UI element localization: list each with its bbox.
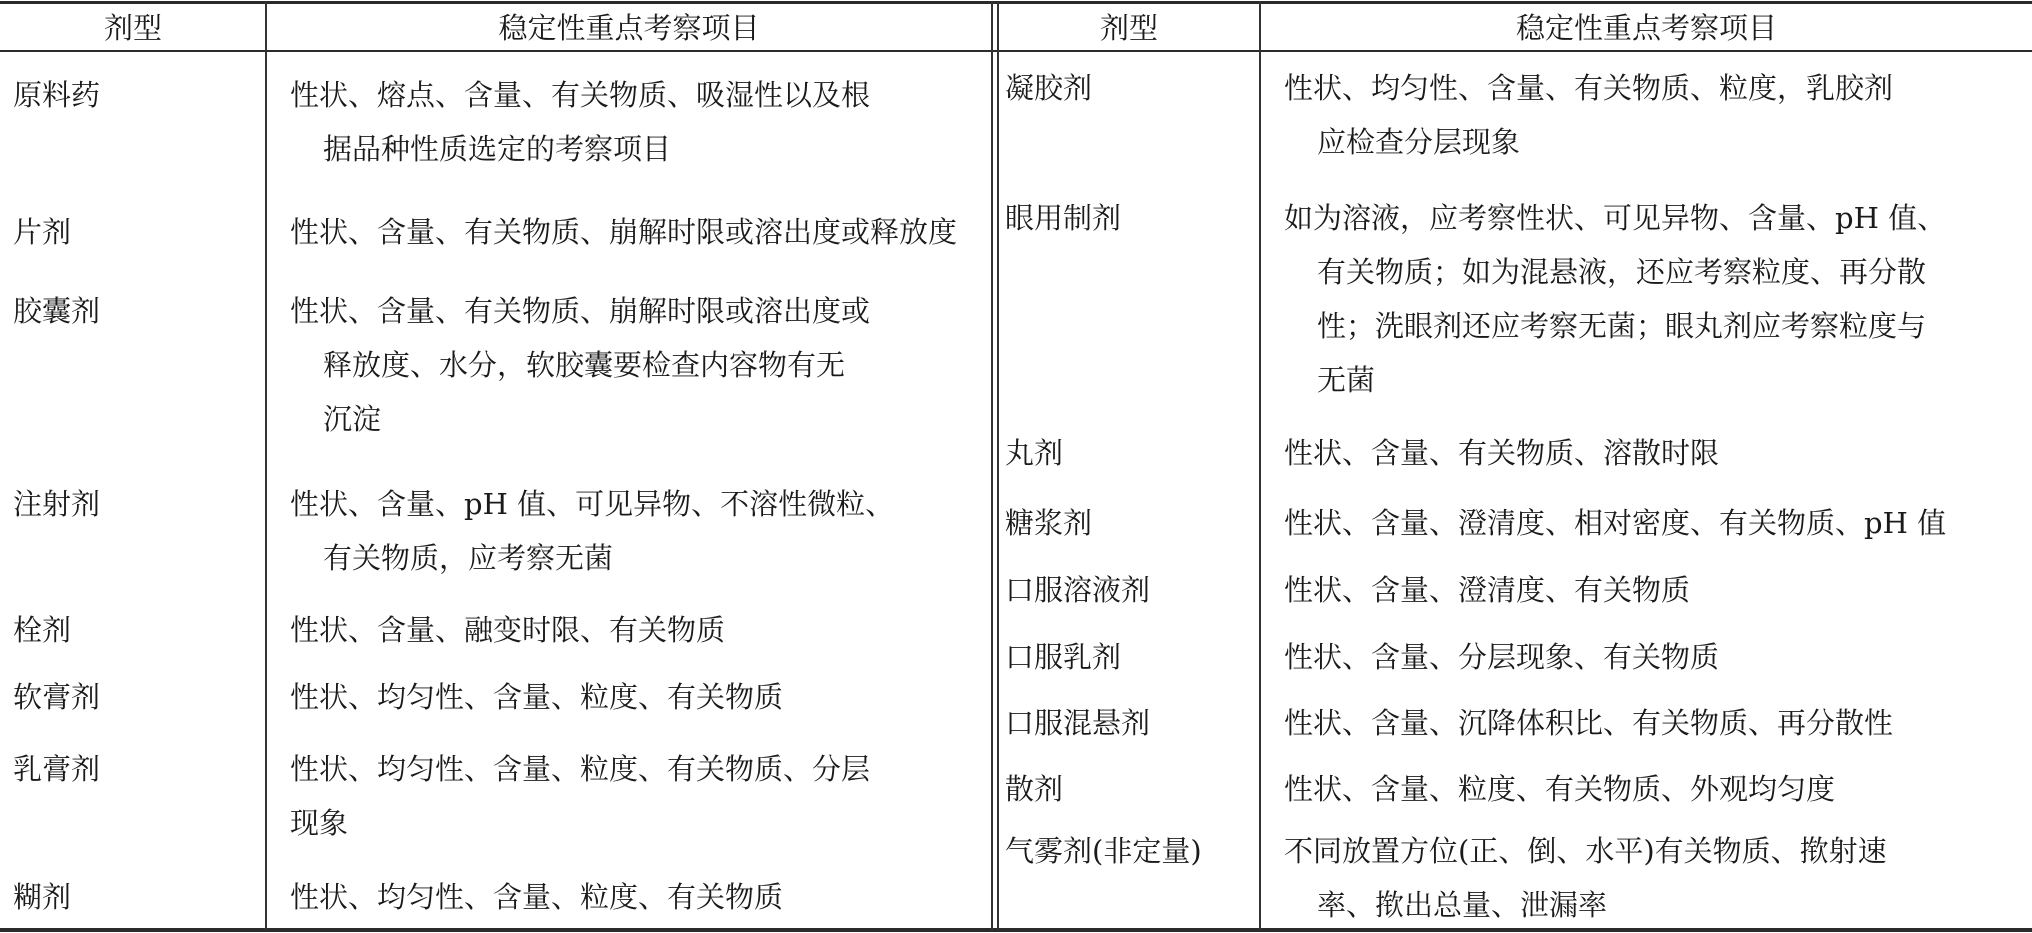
row-items: 性状、熔点、含量、有关物质、吸湿性以及根 据品种性质选定的考察项目 (290, 68, 870, 176)
header-dosage-form-left: 剂型 (0, 6, 266, 50)
row-dosage-form: 注射剂 (13, 477, 100, 531)
row-items-line: 现象 (290, 796, 870, 850)
row-items: 性状、含量、澄清度、有关物质 (1284, 563, 1690, 617)
row-items: 性状、均匀性、含量、粒度、有关物质、分层 现象 (290, 742, 870, 850)
row-items-line: 性状、含量、分层现象、有关物质 (1284, 630, 1719, 684)
row-dosage-form: 软膏剂 (13, 670, 100, 724)
header-items-left: 稳定性重点考察项目 (267, 6, 991, 50)
row-dosage-form: 凝胶剂 (1005, 61, 1092, 115)
row-items-line: 有关物质；如为混悬液，还应考察粒度、再分散 (1284, 245, 1946, 299)
header-dosage-form-right: 剂型 (999, 6, 1259, 50)
row-items-line: 性状、含量、沉降体积比、有关物质、再分散性 (1284, 696, 1893, 750)
row-items: 性状、含量、有关物质、崩解时限或溶出度或释放度 (290, 205, 957, 259)
left-column-divider (265, 2, 267, 930)
row-dosage-form: 胶囊剂 (13, 284, 100, 338)
row-dosage-form: 散剂 (1005, 762, 1063, 816)
row-dosage-form: 丸剂 (1005, 426, 1063, 480)
row-dosage-form: 糖浆剂 (1005, 496, 1092, 550)
row-items-line: 无菌 (1284, 353, 1946, 407)
center-double-divider-a (991, 2, 993, 930)
row-dosage-form: 原料药 (13, 68, 100, 122)
row-items: 性状、含量、有关物质、溶散时限 (1284, 426, 1719, 480)
row-dosage-form: 口服溶液剂 (1005, 563, 1150, 617)
row-items-line: 性状、含量、澄清度、相对密度、有关物质、pH 值 (1284, 496, 1946, 550)
row-items-line: 性状、均匀性、含量、粒度、有关物质 (290, 870, 783, 924)
row-items-line: 据品种性质选定的考察项目 (290, 122, 870, 176)
row-items: 性状、含量、融变时限、有关物质 (290, 603, 725, 657)
row-items-line: 应检查分层现象 (1284, 115, 1893, 169)
right-column-divider (1259, 2, 1261, 930)
row-items-line: 性状、含量、融变时限、有关物质 (290, 603, 725, 657)
row-items: 性状、均匀性、含量、有关物质、粒度，乳胶剂 应检查分层现象 (1284, 61, 1893, 169)
row-items: 性状、含量、粒度、有关物质、外观均匀度 (1284, 762, 1835, 816)
row-dosage-form: 糊剂 (13, 870, 71, 924)
row-items-line: 性状、均匀性、含量、粒度、有关物质 (290, 670, 783, 724)
row-items-line: 性状、含量、有关物质、崩解时限或溶出度或释放度 (290, 205, 957, 259)
row-items-line: 不同放置方位(正、倒、水平)有关物质、揿射速 (1284, 824, 1887, 878)
row-dosage-form: 乳膏剂 (13, 742, 100, 796)
row-items: 性状、均匀性、含量、粒度、有关物质 (290, 870, 783, 924)
row-items-line: 性；洗眼剂还应考察无菌；眼丸剂应考察粒度与 (1284, 299, 1946, 353)
row-items: 如为溶液，应考察性状、可见异物、含量、pH 值、 有关物质；如为混悬液，还应考察… (1284, 191, 1946, 407)
row-items-line: 有关物质，应考察无菌 (290, 531, 894, 585)
row-items-line: 性状、含量、粒度、有关物质、外观均匀度 (1284, 762, 1835, 816)
row-items-line: 性状、含量、澄清度、有关物质 (1284, 563, 1690, 617)
top-rule (0, 1, 2032, 4)
row-dosage-form: 气雾剂(非定量) (1005, 824, 1202, 878)
row-items-line: 性状、均匀性、含量、有关物质、粒度，乳胶剂 (1284, 61, 1893, 115)
row-items-line: 如为溶液，应考察性状、可见异物、含量、pH 值、 (1284, 191, 1946, 245)
center-double-divider-b (997, 2, 999, 930)
header-rule (0, 50, 2032, 52)
row-items-line: 率、揿出总量、泄漏率 (1284, 878, 1887, 932)
row-dosage-form: 口服乳剂 (1005, 630, 1121, 684)
header-items-right: 稳定性重点考察项目 (1261, 6, 2032, 50)
row-items: 性状、含量、分层现象、有关物质 (1284, 630, 1719, 684)
row-dosage-form: 眼用制剂 (1005, 191, 1121, 245)
row-items-line: 性状、含量、pH 值、可见异物、不溶性微粒、 (290, 477, 894, 531)
row-items-line: 性状、熔点、含量、有关物质、吸湿性以及根 (290, 68, 870, 122)
row-items: 性状、含量、pH 值、可见异物、不溶性微粒、 有关物质，应考察无菌 (290, 477, 894, 585)
row-items-line: 释放度、水分，软胶囊要检查内容物有无 (290, 338, 870, 392)
row-dosage-form: 口服混悬剂 (1005, 696, 1150, 750)
row-items: 性状、含量、有关物质、崩解时限或溶出度或 释放度、水分，软胶囊要检查内容物有无 … (290, 284, 870, 446)
row-items-line: 沉淀 (290, 392, 870, 446)
row-dosage-form: 栓剂 (13, 603, 71, 657)
row-items-line: 性状、含量、有关物质、崩解时限或溶出度或 (290, 284, 870, 338)
row-items: 不同放置方位(正、倒、水平)有关物质、揿射速 率、揿出总量、泄漏率 (1284, 824, 1887, 932)
row-items-line: 性状、均匀性、含量、粒度、有关物质、分层 (290, 742, 870, 796)
row-items: 性状、均匀性、含量、粒度、有关物质 (290, 670, 783, 724)
row-items: 性状、含量、澄清度、相对密度、有关物质、pH 值 (1284, 496, 1946, 550)
row-items: 性状、含量、沉降体积比、有关物质、再分散性 (1284, 696, 1893, 750)
row-items-line: 性状、含量、有关物质、溶散时限 (1284, 426, 1719, 480)
row-dosage-form: 片剂 (13, 205, 71, 259)
